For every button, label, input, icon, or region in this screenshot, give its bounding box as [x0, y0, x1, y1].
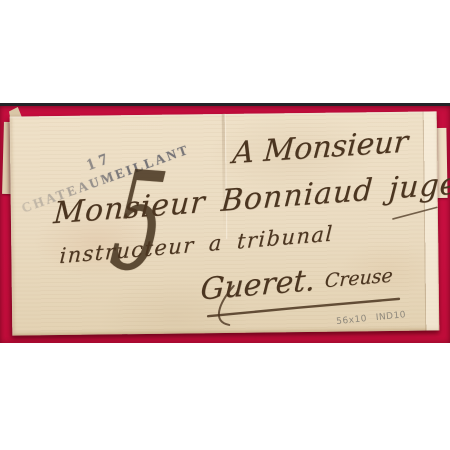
right-fold-edge — [423, 111, 439, 330]
pencil-dealer-note: 56x10IND10 — [336, 309, 416, 327]
red-mat-background: 17 CHATEAUMEILLANT 5 A Monsieur Monsieur… — [0, 103, 450, 343]
pencil-note-index: IND10 — [375, 310, 406, 323]
photo-frame: 17 CHATEAUMEILLANT 5 A Monsieur Monsieur… — [0, 0, 450, 450]
address-recipient-intro: A Monsieur — [231, 125, 409, 172]
mat-top-edge-line — [0, 103, 450, 106]
address-recipient-title: instructeur a tribunal — [59, 221, 334, 268]
destination-town: Gueret. — [200, 263, 316, 308]
destination-department: Creuse — [324, 265, 393, 293]
address-destination: Gueret.Creuse — [200, 256, 394, 307]
vertical-fold-crease — [222, 114, 227, 239]
letter-cover: 17 CHATEAUMEILLANT 5 A Monsieur Monsieur… — [10, 111, 440, 335]
pencil-note-size: 56x10 — [336, 314, 368, 327]
